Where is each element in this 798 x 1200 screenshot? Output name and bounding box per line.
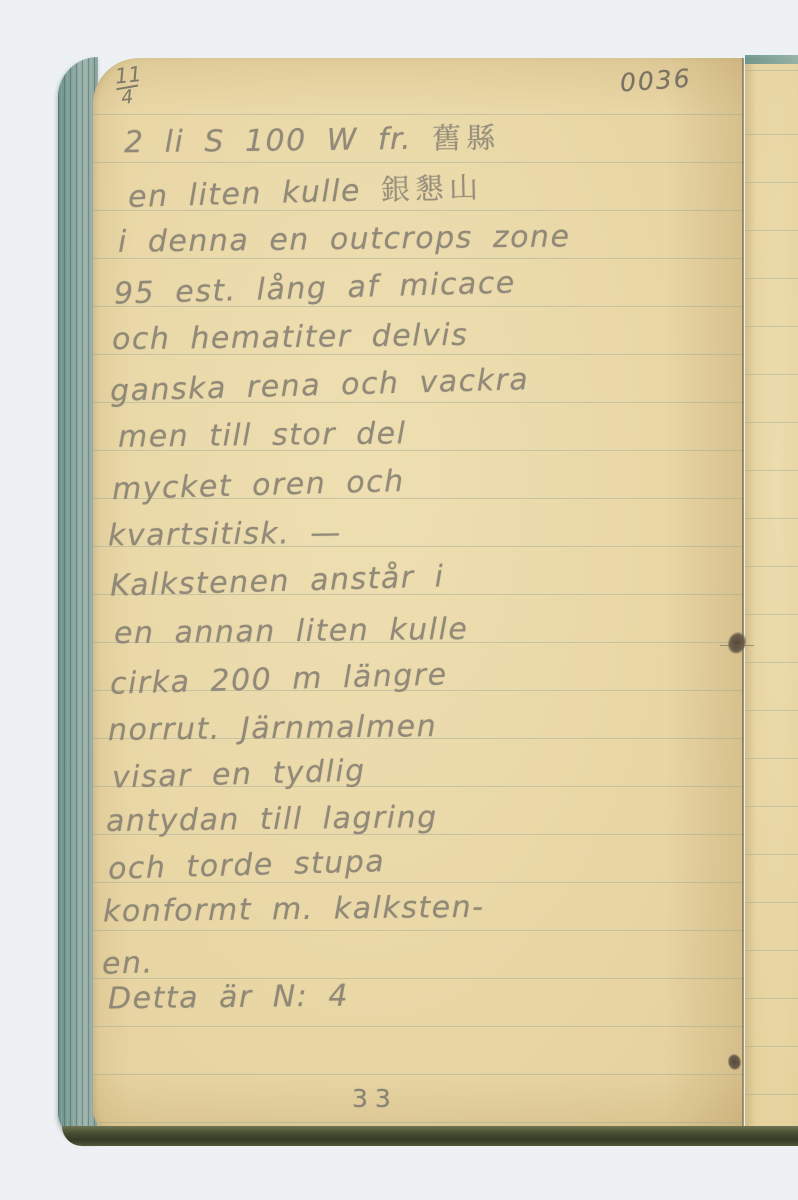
- scanned-notebook-page: 11 4 0036 2 li S 100 W fr. 舊縣 en liten k…: [0, 0, 798, 1200]
- fraction-denominator: 4: [120, 89, 134, 106]
- handwriting-text: 2 li S 100 W fr.: [124, 122, 433, 161]
- handwriting-line: kvartsitisk. —: [108, 516, 342, 554]
- fraction-numerator: 11: [114, 65, 142, 86]
- handwriting-line: visar en tydlig: [112, 753, 367, 795]
- handwriting-line: och hematiter delvis: [112, 318, 469, 357]
- handwriting-line: norrut. Järnmalmen: [108, 709, 438, 748]
- page-edge-stack: [58, 57, 98, 1142]
- handwriting-line: konformt m. kalksten-: [103, 890, 485, 930]
- handwriting-line: en.: [102, 945, 154, 981]
- handwriting-line: i denna en outcrops zone: [118, 219, 571, 260]
- handwriting-line: antydan till lagring: [106, 800, 438, 839]
- cjk-characters: 舊縣: [432, 121, 500, 156]
- page-gutter-line: [742, 58, 744, 1136]
- handwriting-line: men till stor del: [118, 416, 407, 455]
- handwriting-line: en annan liten kulle: [114, 612, 469, 651]
- top-edge-smudge: [745, 55, 798, 64]
- archival-number: 0036: [619, 64, 692, 98]
- binding-scratch: [720, 645, 754, 646]
- cjk-characters: 銀懇山: [381, 170, 484, 207]
- facing-page-ruled-lines: [745, 57, 798, 1129]
- handwriting-text: en liten kulle: [128, 173, 382, 215]
- handwriting-line: 2 li S 100 W fr. 舊縣: [124, 116, 501, 162]
- date-fraction: 11 4: [114, 65, 148, 107]
- binding-stitch: [727, 1053, 743, 1071]
- handwriting-line: Detta är N: 4: [108, 979, 349, 1017]
- page-number: 33: [352, 1084, 398, 1113]
- bottom-page-edge: [62, 1126, 798, 1146]
